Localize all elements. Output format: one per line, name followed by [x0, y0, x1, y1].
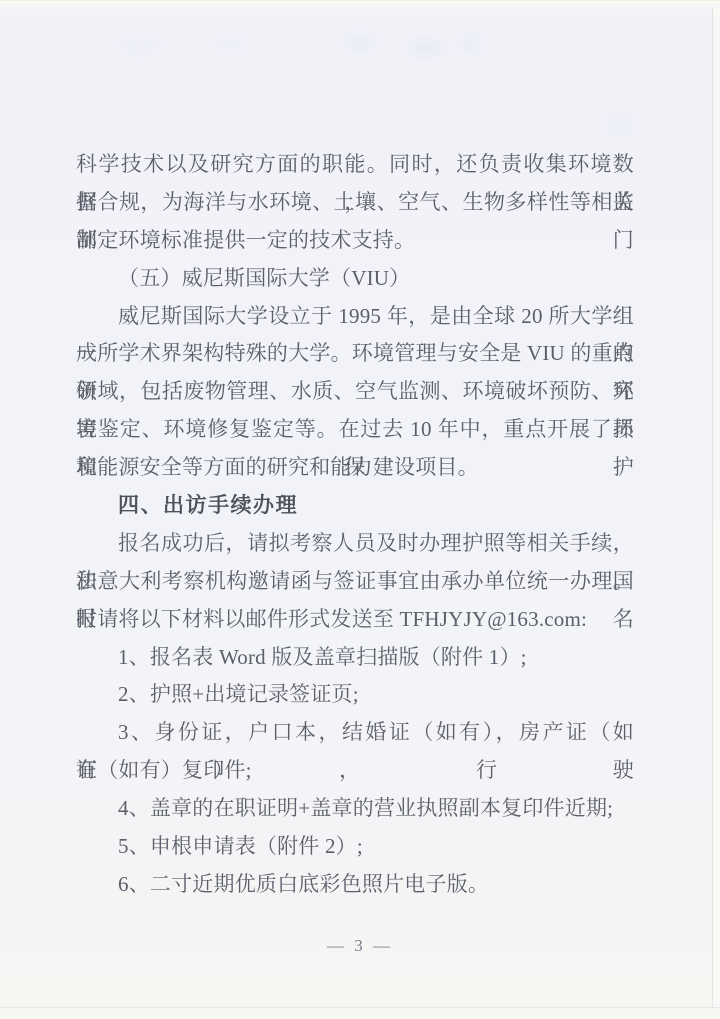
ink-bleed-artifact — [330, 26, 490, 68]
text-line: 一所学术界架构特殊的大学。环境管理与安全是 VIU 的重点研究 — [76, 335, 634, 373]
text-line: 报名成功后，请拟考察人员及时办理护照等相关手续，法国 — [76, 525, 634, 563]
document-text: 科学技术以及研究方面的职能。同时，还负责收集环境数据，监 督合规，为海洋与水环境… — [76, 146, 634, 904]
list-item: 2、护照+出境记录签证页; — [76, 676, 634, 714]
paper-right-edge — [712, 8, 720, 1019]
text-line: 科学技术以及研究方面的职能。同时，还负责收集环境数据，监 — [76, 146, 634, 184]
list-item: 5、申根申请表（附件 2）; — [76, 828, 634, 866]
page-number: — 3 — — [0, 936, 720, 956]
list-item: 4、盖章的在职证明+盖章的营业执照副本复印件近期; — [76, 790, 634, 828]
paper-top-edge — [0, 0, 720, 8]
text-line: 害鉴定、环境修复鉴定等。在过去 10 年中，重点开展了环境保护 — [76, 411, 634, 449]
subsection-heading: （五）威尼斯国际大学（VIU） — [76, 260, 634, 298]
list-item: 3、身份证，户口本，结婚证（如有），房产证（如有），行驶 — [76, 714, 634, 752]
ink-bleed-artifact — [90, 30, 290, 64]
text-line: 督合规，为海洋与水环境、土壤、空气、生物多样性等相关部门 — [76, 184, 634, 222]
list-item: 1、报名表 Word 版及盖章扫描版（附件 1）; — [76, 639, 634, 677]
scanned-document-page: 科学技术以及研究方面的职能。同时，还负责收集环境数据，监 督合规，为海洋与水环境… — [0, 0, 720, 1019]
list-item: 6、二寸近期优质白底彩色照片电子版。 — [76, 866, 634, 904]
section-heading: 四、出访手续办理 — [76, 487, 634, 525]
text-line: 威尼斯国际大学设立于 1995 年，是由全球 20 所大学组成的 — [76, 298, 634, 336]
text-line: 时请将以下材料以邮件形式发送至 TFHJYJY@163.com: — [76, 601, 634, 639]
text-line: 领域，包括废物管理、水质、空气监测、环境破坏预防、环境损 — [76, 373, 634, 411]
text-line: 和意大利考察机构邀请函与签证事宜由承办单位统一办理。报名 — [76, 563, 634, 601]
paper-bottom-edge — [0, 1007, 720, 1019]
